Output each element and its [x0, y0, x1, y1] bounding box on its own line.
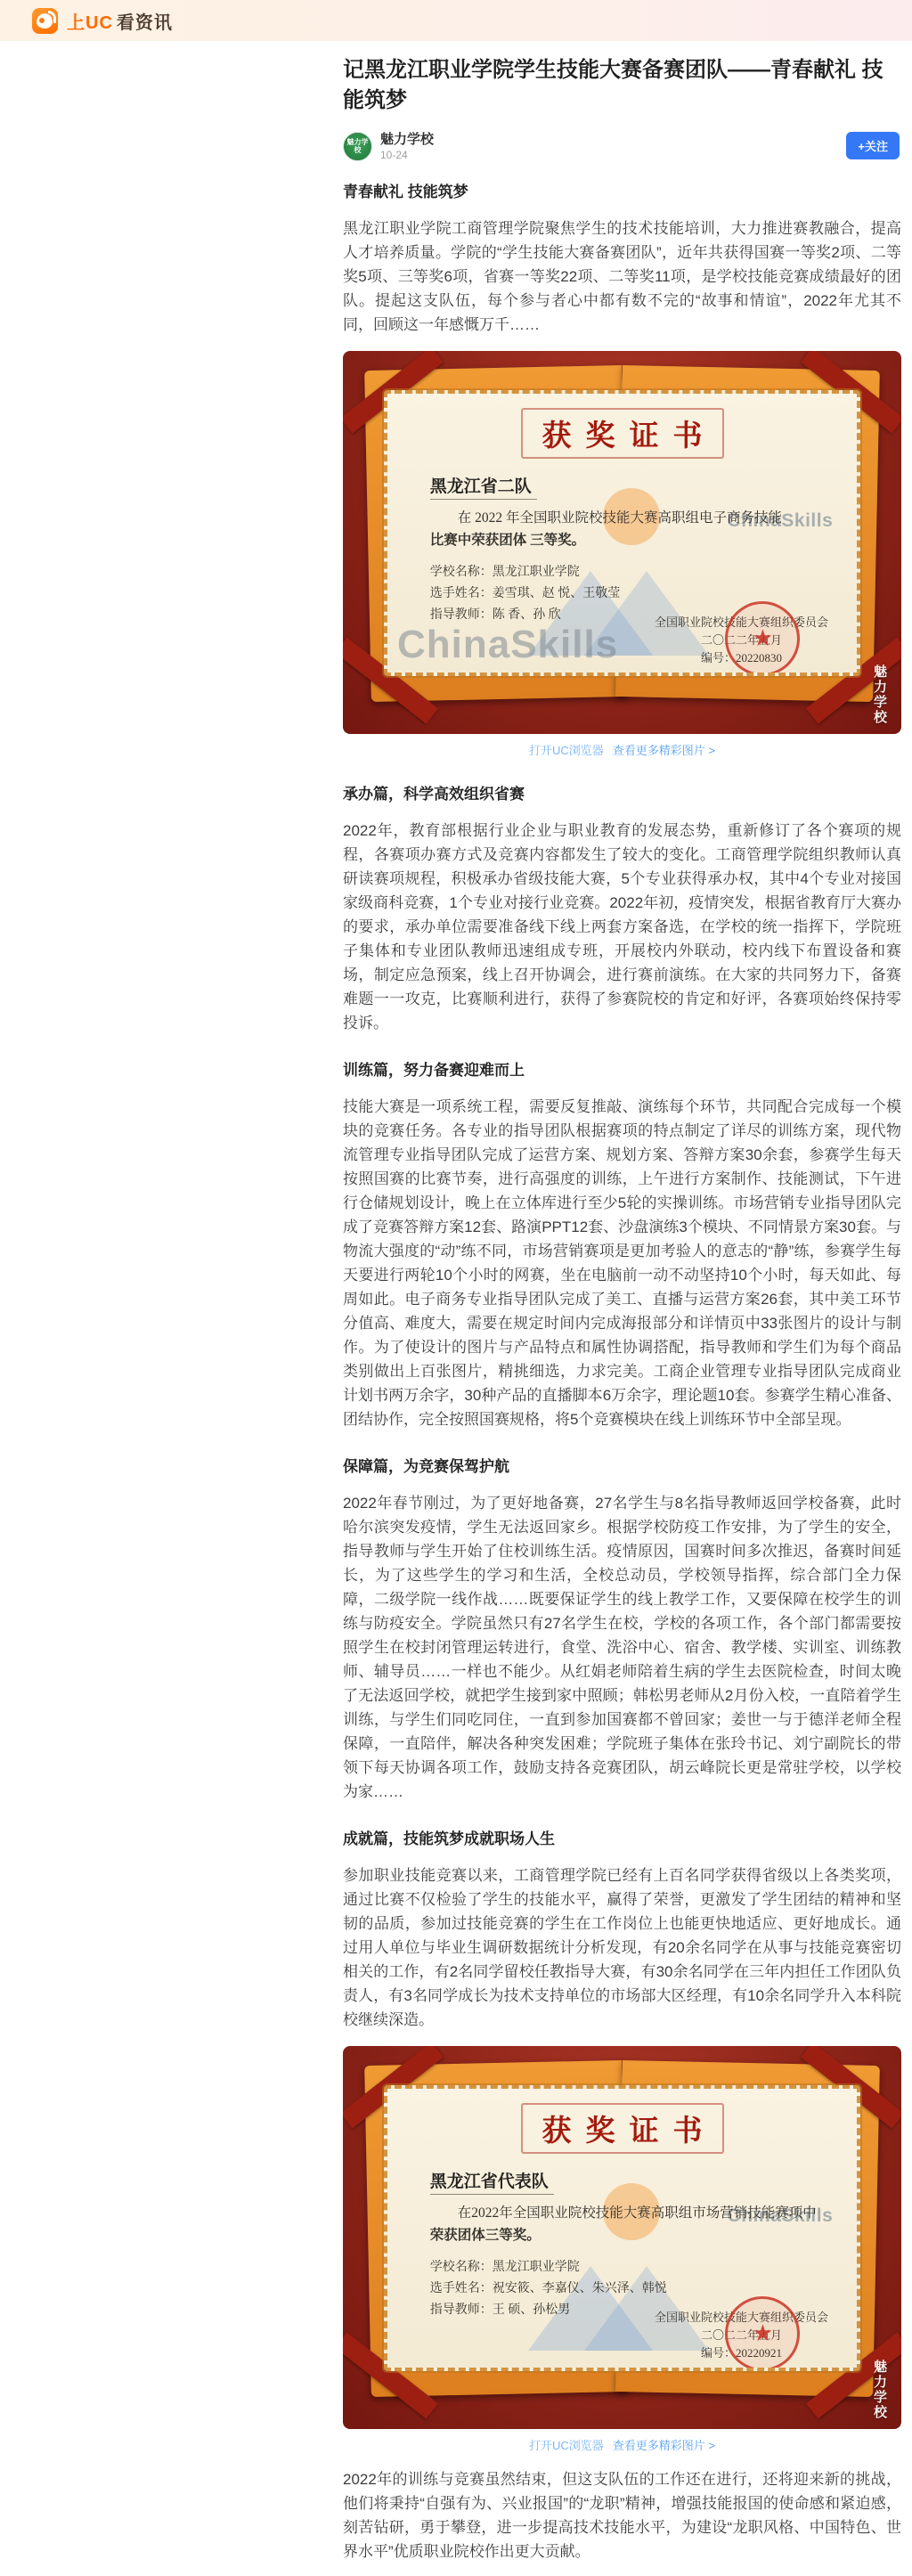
paragraph-achievement: 参加职业技能竞赛以来，工商管理学院已经有上百名同学获得省级以上各类奖项，通过比赛…	[343, 1863, 901, 2032]
open-uc-link-row-2: 打开UC浏览器查看更多精彩图片 >	[343, 2438, 901, 2454]
section-heading-achievement: 成就篇，技能筑梦成就职场人生	[343, 1829, 901, 1850]
certificate2-text: 获奖证书 黑龙江省代表队 在2022年全国职业院校技能大赛高职组市场营销技能赛项…	[387, 2103, 856, 2372]
follow-button[interactable]: +关注	[846, 132, 900, 159]
certificate2-book: ChinaSkills 获奖证书 黑龙江省代表队 在2022年全国职业院校技能大…	[368, 2063, 876, 2394]
certificate2-body-line1: 在2022年全国职业院校技能大赛高职组市场营销技能赛项中	[430, 2202, 819, 2224]
certificate2-team: 黑龙江省代表队	[430, 2168, 554, 2195]
certificate-photo-1[interactable]: ChinaSkills ChinaSkills 获奖证书 黑龙江省二队 在 20…	[343, 351, 901, 734]
view-more-images-link[interactable]: 查看更多精彩图片 >	[613, 2439, 715, 2452]
certificate1-body-line2: 比赛中荣获团体 三等奖。	[430, 529, 819, 551]
uc-promo-text: 上UC看资讯	[67, 8, 173, 34]
open-uc-browser-link[interactable]: 打开UC浏览器	[529, 2439, 604, 2452]
certificate1-team: 黑龙江省二队	[430, 473, 537, 500]
uc-promo-text-dark: 看资讯	[117, 13, 173, 33]
section-heading-training: 训练篇，努力备赛迎难而上	[343, 1060, 901, 1081]
paragraph-support: 2022年春节刚过，为了更好地备赛，27名学生与8名指导教师返回学校备赛，此时哈…	[343, 1491, 901, 1804]
paragraph-closing: 2022年的训练与竞赛虽然结束，但这支队伍的工作还在进行，还将迎来新的挑战，他们…	[343, 2467, 901, 2564]
certificate1-players: 选手姓名：姜雪琪、赵 悦、王敬莹	[430, 583, 857, 605]
section-heading-support: 保障篇，为竞赛保驾护航	[343, 1456, 901, 1478]
article-title: 记黑龙江职业学院学生技能大赛备赛团队——青春献礼 技能筑梦	[343, 55, 901, 116]
certificate-photo-2[interactable]: ChinaSkills 获奖证书 黑龙江省代表队 在2022年全国职业院校技能大…	[343, 2046, 901, 2429]
author-row: 魅力学校 魅力学校 10-24 +关注	[343, 130, 901, 162]
uc-promo-text-orange: 上UC	[67, 13, 113, 33]
certificate2-title: 获奖证书	[521, 2103, 724, 2154]
photo-watermark: 魅力学校	[870, 2360, 889, 2420]
certificate2-players: 选手姓名：祝安筱、李嘉仪、朱兴泽、韩悦	[430, 2278, 857, 2300]
author-name[interactable]: 魅力学校	[380, 132, 434, 147]
uc-squirrel-tail-icon	[48, 11, 56, 23]
seal-star-icon: ★	[753, 625, 773, 652]
certificate2-school: 学校名称：黑龙江职业学院	[430, 2257, 857, 2278]
paragraph-training: 技能大赛是一项系统工程，需要反复推敲、演练每个环节，共同配合完成每一个模块的竞赛…	[343, 1095, 901, 1431]
photo-watermark: 魅力学校	[870, 664, 889, 725]
certificate1-title: 获奖证书	[521, 408, 724, 459]
paragraph-host: 2022年，教育部根据行业企业与职业教育的发展态势，重新修订了各个赛项的规程，各…	[343, 819, 901, 1035]
official-seal: ★	[725, 2296, 800, 2371]
article-content: 记黑龙江职业学院学生技能大赛备赛团队——青春献礼 技能筑梦 魅力学校 魅力学校 …	[343, 41, 901, 2576]
open-uc-browser-link[interactable]: 打开UC浏览器	[529, 744, 604, 757]
certificate1-school: 学校名称：黑龙江职业学院	[430, 562, 857, 583]
certificate2-body-line2: 荣获团体三等奖。	[430, 2224, 819, 2246]
author-meta: 魅力学校 10-24	[380, 132, 434, 161]
certificate1-book: ChinaSkills ChinaSkills 获奖证书 黑龙江省二队 在 20…	[368, 368, 876, 699]
view-more-images-link[interactable]: 查看更多精彩图片 >	[613, 744, 715, 757]
open-uc-link-row-1: 打开UC浏览器查看更多精彩图片 >	[343, 743, 901, 759]
author-avatar[interactable]: 魅力学校	[343, 132, 372, 161]
article-subhead: 青春献礼 技能筑梦	[343, 182, 901, 203]
publish-date: 10-24	[380, 149, 434, 161]
certificate1-sheet: ChinaSkills ChinaSkills 获奖证书 黑龙江省二队 在 20…	[384, 390, 859, 677]
section-heading-host: 承办篇，科学高效组织省赛	[343, 784, 901, 805]
certificate1-body-line1: 在 2022 年全国职业院校技能大赛高职组电子商务技能	[430, 507, 819, 529]
official-seal: ★	[725, 601, 800, 676]
seal-star-icon: ★	[753, 2320, 773, 2347]
certificate2-sheet: ChinaSkills 获奖证书 黑龙江省代表队 在2022年全国职业院校技能大…	[384, 2085, 859, 2372]
uc-browser-logo-icon[interactable]	[32, 8, 58, 34]
certificate1-text: 获奖证书 黑龙江省二队 在 2022 年全国职业院校技能大赛高职组电子商务技能 …	[387, 408, 856, 677]
uc-promo-bar[interactable]: 上UC看资讯	[0, 0, 912, 41]
paragraph-intro: 黑龙江职业学院工商管理学院聚焦学生的技术技能培训，大力推进赛教融合，提高人才培养…	[343, 216, 901, 337]
